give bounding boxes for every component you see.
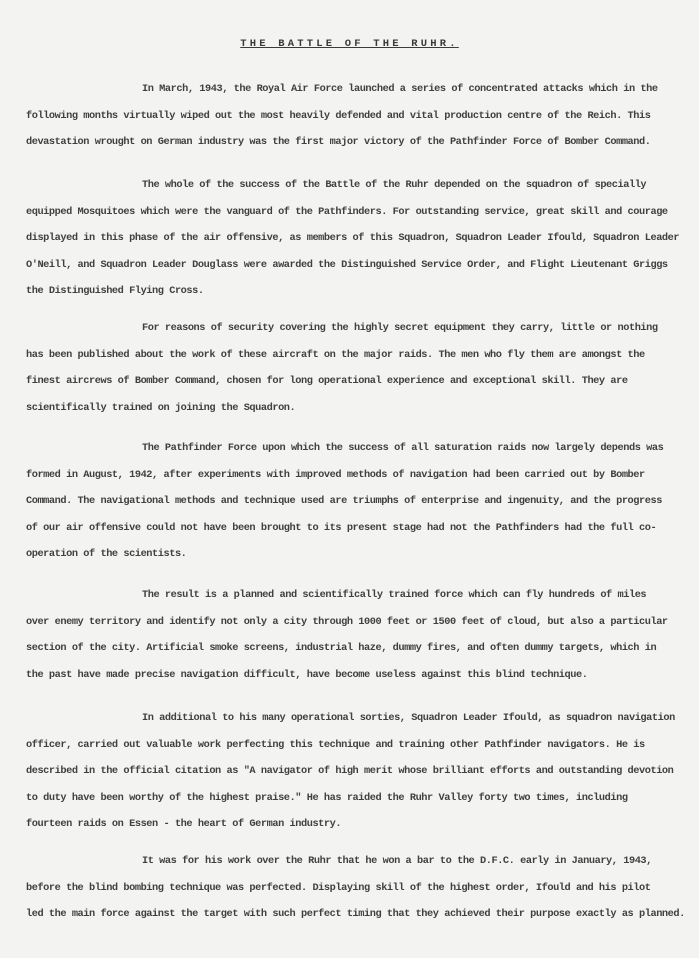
paragraph-line: The Pathfinder Force upon which the succ… — [26, 435, 686, 462]
paragraph-line: The result is a planned and scientifical… — [26, 582, 686, 609]
paragraph-line: the past have made precise navigation di… — [26, 662, 686, 689]
paragraph-line: officer, carried out valuable work perfe… — [26, 732, 686, 759]
paragraph-line: fourteen raids on Essen - the heart of G… — [26, 811, 686, 838]
paragraph-7: It was for his work over the Ruhr that h… — [26, 848, 686, 928]
paragraph-4: The Pathfinder Force upon which the succ… — [26, 435, 686, 568]
paragraph-line: operation of the scientists. — [26, 541, 686, 568]
paragraph-line: devastation wrought on German industry w… — [26, 129, 686, 156]
paragraph-line: over enemy territory and identify not on… — [26, 609, 686, 636]
paragraph-6: In additional to his many operational so… — [26, 705, 686, 838]
paragraph-3: For reasons of security covering the hig… — [26, 315, 686, 421]
paragraph-line: before the blind bombing technique was p… — [26, 875, 686, 902]
paragraph-line: led the main force against the target wi… — [26, 901, 686, 928]
paragraph-line: of our air offensive could not have been… — [26, 515, 686, 542]
document-title: THE BATTLE OF THE RUHR. — [0, 38, 699, 50]
paragraph-line: In additional to his many operational so… — [26, 705, 686, 732]
paragraph-line: following months virtually wiped out the… — [26, 103, 686, 130]
paragraph-5: The result is a planned and scientifical… — [26, 582, 686, 688]
paragraph-line: Command. The navigational methods and te… — [26, 488, 686, 515]
paragraph-line: In March, 1943, the Royal Air Force laun… — [26, 76, 686, 103]
paragraph-line: The whole of the success of the Battle o… — [26, 172, 686, 199]
paragraph-line: equipped Mosquitoes which were the vangu… — [26, 199, 686, 226]
paragraph-line: has been published about the work of the… — [26, 342, 686, 369]
paragraph-line: the Distinguished Flying Cross. — [26, 278, 686, 305]
paragraph-line: to duty have been worthy of the highest … — [26, 785, 686, 812]
paragraph-2: The whole of the success of the Battle o… — [26, 172, 686, 305]
paragraph-line: formed in August, 1942, after experiment… — [26, 462, 686, 489]
paragraph-line: described in the official citation as "A… — [26, 758, 686, 785]
document-page: THE BATTLE OF THE RUHR. In March, 1943, … — [0, 0, 699, 958]
paragraph-line: It was for his work over the Ruhr that h… — [26, 848, 686, 875]
paragraph-line: section of the city. Artificial smoke sc… — [26, 635, 686, 662]
paragraph-line: finest aircrews of Bomber Command, chose… — [26, 368, 686, 395]
paragraph-1: In March, 1943, the Royal Air Force laun… — [26, 76, 686, 156]
paragraph-line: displayed in this phase of the air offen… — [26, 225, 686, 252]
paragraph-line: For reasons of security covering the hig… — [26, 315, 686, 342]
paragraph-line: O'Neill, and Squadron Leader Douglass we… — [26, 252, 686, 279]
paragraph-line: scientifically trained on joining the Sq… — [26, 395, 686, 422]
